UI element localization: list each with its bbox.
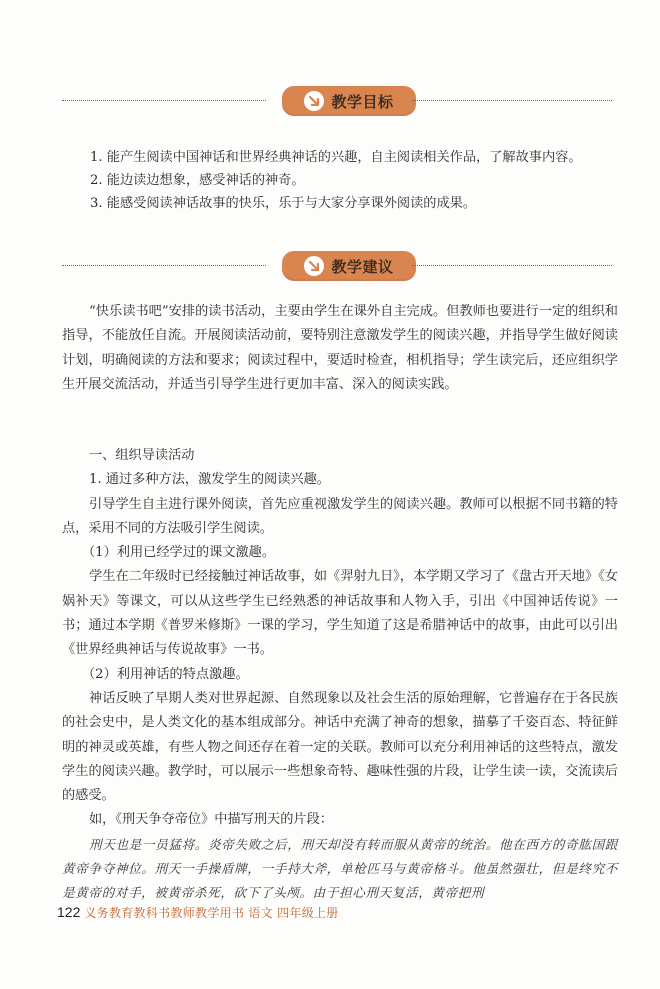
paragraph: 如，《刑天争夺帝位》中描写刑天的片段：	[62, 808, 618, 832]
paragraph: 引导学生自主进行课外阅读，首先应重视激发学生的阅读兴趣。教师可以根据不同书籍的特…	[62, 493, 618, 542]
dotted-divider-right	[412, 100, 612, 101]
dotted-divider-right	[412, 265, 612, 266]
point-heading: （1）利用已经学过的课文激趣。	[62, 541, 618, 565]
book-title: 义务教育教科书教师教学用书 语文 四年级上册	[84, 904, 338, 921]
page-footer: 122 义务教育教科书教师教学用书 语文 四年级上册	[57, 904, 339, 921]
page-number: 122	[57, 904, 80, 920]
section-header-suggestions: 教学建议	[62, 251, 612, 281]
story-excerpt: 刑天也是一员猛将。炎帝失败之后，刑天却没有转而服从黄帝的统治。他在西方的奇肱国跟…	[62, 833, 618, 906]
section-pill-suggestions: 教学建议	[282, 251, 416, 281]
dotted-divider-left	[62, 265, 266, 266]
section-title-suggestions: 教学建议	[331, 256, 393, 277]
intro-paragraph-block: “快乐读书吧”安排的读书活动，主要由学生在课外自主完成。但教师也要进行一定的组织…	[62, 300, 618, 397]
subheading-stimulate-interest: 1. 通过多种方法，激发学生的阅读兴趣。	[62, 468, 618, 492]
arrow-down-right-icon	[304, 256, 324, 276]
textbook-page: 教学目标 1. 能产生阅读中国神话和世界经典神话的兴趣，自主阅读相关作品，了解故…	[0, 0, 660, 989]
heading-organize-reading: 一、组织导读活动	[62, 444, 618, 468]
point-heading: （2）利用神话的特点激趣。	[62, 663, 618, 687]
arrow-down-right-icon	[304, 91, 324, 111]
section-pill-goals: 教学目标	[282, 86, 416, 116]
dotted-divider-left	[62, 100, 266, 101]
goal-item: 2. 能边读边想象，感受神话的神奇。	[90, 169, 630, 192]
goal-item: 1. 能产生阅读中国神话和世界经典神话的兴趣，自主阅读相关作品，了解故事内容。	[90, 146, 630, 169]
goal-item: 3. 能感受阅读神话故事的快乐，乐于与大家分享课外阅读的成果。	[90, 192, 630, 215]
section-title-goals: 教学目标	[331, 91, 393, 112]
body-text-block: 一、组织导读活动 1. 通过多种方法，激发学生的阅读兴趣。 引导学生自主进行课外…	[62, 444, 618, 906]
paragraph: 学生在二年级时已经接触过神话故事，如《羿射九日》，本学期又学习了《盘古开天地》《…	[62, 565, 618, 662]
intro-paragraph: “快乐读书吧”安排的读书活动，主要由学生在课外自主完成。但教师也要进行一定的组织…	[62, 300, 618, 397]
paragraph: 神话反映了早期人类对世界起源、自然现象以及社会生活的原始理解，它普遍存在于各民族…	[62, 687, 618, 808]
goals-list: 1. 能产生阅读中国神话和世界经典神话的兴趣，自主阅读相关作品，了解故事内容。 …	[90, 146, 630, 215]
section-header-goals: 教学目标	[62, 86, 612, 116]
